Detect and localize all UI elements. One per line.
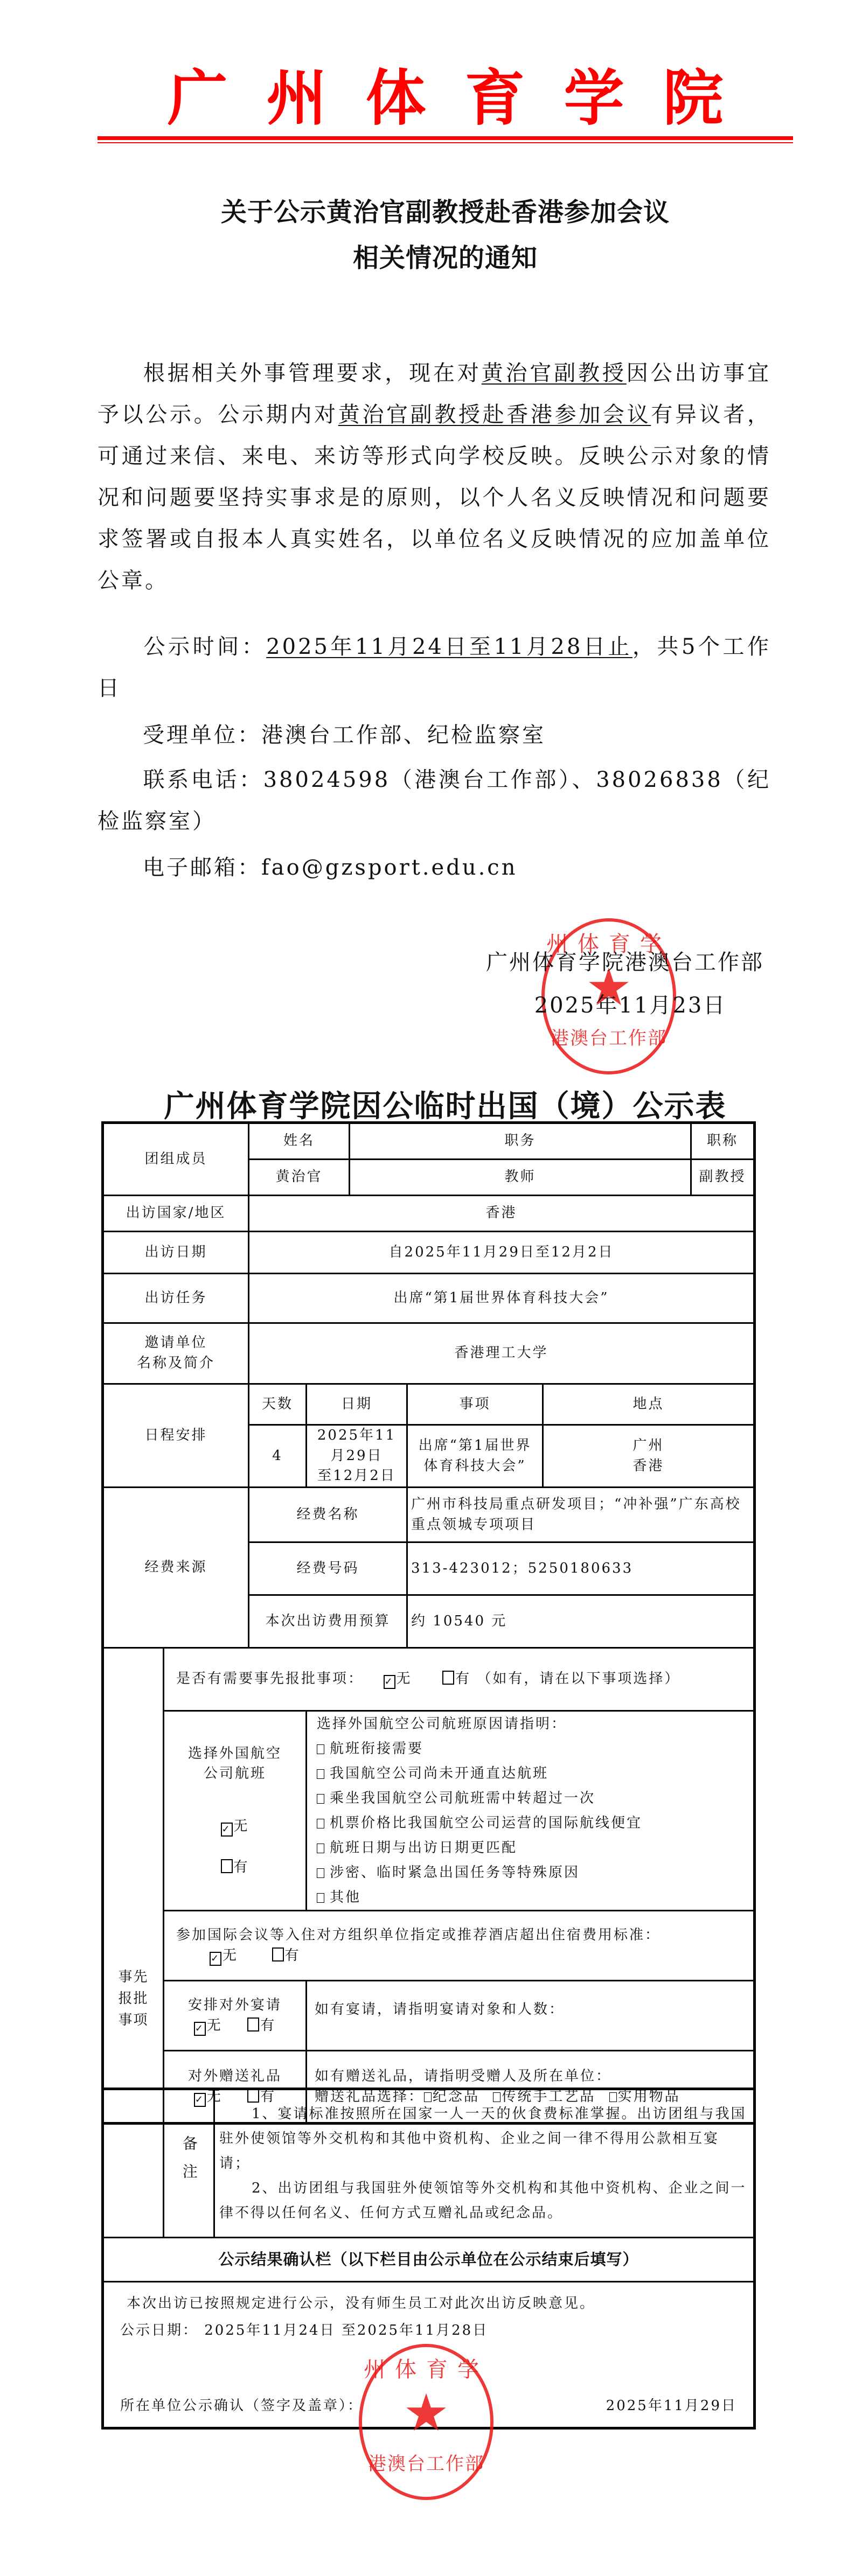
reason-label: 航班衔接需要 bbox=[330, 1741, 423, 1757]
checkbox-icon[interactable] bbox=[317, 1794, 324, 1804]
notice-email: 电子邮箱：fao@gzsport.edu.cn bbox=[98, 847, 771, 889]
prior-approval-no-checkbox[interactable]: ✓ bbox=[384, 1675, 395, 1689]
masthead-title: 广州体育学院 bbox=[98, 58, 793, 128]
unit-label: 受理单位： bbox=[143, 723, 261, 748]
banquet-prompt-cell[interactable]: 如有宴请，请指明宴请对象和人数： bbox=[307, 1981, 755, 2051]
hotel-yes-checkbox[interactable] bbox=[272, 1947, 284, 1961]
destination-value: 香港 bbox=[249, 1196, 755, 1232]
remarks-item-1: 1、宴请标准按照所在国家一人一天的伙食费标准掌握。出访团组与我国驻外使领馆等外交… bbox=[219, 2102, 749, 2176]
result-confirm-label: 所在单位公示确认（签字及盖章）： bbox=[120, 2392, 363, 2419]
prior-approval-question-row: 是否有需要事先报批事项： ✓无 有 （如有，请在以下事项选择） bbox=[164, 1648, 755, 1711]
prior-approval-question: 是否有需要事先报批事项： bbox=[176, 1671, 364, 1687]
email-label: 电子邮箱： bbox=[143, 855, 261, 880]
hotel-no-label: 无 bbox=[223, 1947, 238, 1964]
airline-reason-option[interactable]: 航班衔接需要 bbox=[317, 1736, 750, 1761]
funding-name-label: 经费名称 bbox=[249, 1488, 407, 1542]
checkbox-icon[interactable] bbox=[317, 1769, 324, 1779]
checkbox-icon[interactable] bbox=[317, 1893, 324, 1903]
reason-label: 我国航空公司尚未开通直达航班 bbox=[330, 1765, 548, 1782]
checkbox-icon[interactable] bbox=[317, 1868, 324, 1878]
hotel-no-checkbox[interactable]: ✓ bbox=[210, 1952, 221, 1966]
hotel-yes-label: 有 bbox=[285, 1947, 301, 1964]
schedule-header-date: 日期 bbox=[307, 1384, 407, 1425]
phone-label: 联系电话： bbox=[143, 767, 263, 792]
result-cell: 本次出访已按照规定进行公示，没有师生员工对此次出访反映意见。 公示日期： 202… bbox=[103, 2282, 755, 2428]
member-title: 副教授 bbox=[691, 1160, 755, 1196]
members-header-title: 职称 bbox=[691, 1123, 755, 1160]
schedule-header-days: 天数 bbox=[249, 1384, 307, 1425]
hotel-question: 参加国际会议等入住对方组织单位指定或推荐酒店超出住宿费用标准： bbox=[176, 1925, 750, 1946]
dates-label: 出访日期 bbox=[103, 1232, 249, 1274]
signature-org: 广州体育学院港澳台工作部 bbox=[474, 945, 776, 976]
airline-reasons-cell: 选择外国航空公司航班原因请指明： 航班衔接需要 我国航空公司尚未开通直达航班 乘… bbox=[307, 1711, 755, 1911]
airline-no-label: 无 bbox=[234, 1818, 249, 1834]
underlined-name: 黄治官副教授 bbox=[482, 361, 627, 386]
schedule-date: 2025年11月29日 至12月2日 bbox=[307, 1425, 407, 1488]
masthead-divider-thin bbox=[98, 142, 793, 143]
reason-label: 其他 bbox=[330, 1889, 361, 1905]
airline-reason-option[interactable]: 航班日期与出访日期更匹配 bbox=[317, 1835, 750, 1860]
seal-bottom-text: 港澳台工作部 bbox=[362, 2449, 490, 2475]
schedule-item-line1: 出席“第1届世界 bbox=[411, 1436, 539, 1456]
banquet-no-checkbox[interactable]: ✓ bbox=[194, 2022, 206, 2036]
form-title: 广州体育学院因公临时出国（境）公示表 bbox=[98, 1083, 793, 1126]
hotel-options: ✓无 有 bbox=[176, 1946, 750, 1966]
gifts-label: 对外赠送礼品 bbox=[168, 2067, 302, 2087]
schedule-item-line2: 体育科技大会” bbox=[411, 1456, 539, 1477]
schedule-item: 出席“第1届世界 体育科技大会” bbox=[407, 1425, 543, 1488]
result-statement: 本次出访已按照规定进行公示，没有师生员工对此次出访反映意见。 bbox=[120, 2290, 737, 2317]
notice-paragraph: 根据相关外事管理要求，现在对黄治官副教授因公出访事宜予以公示。公示期内对黄治官副… bbox=[98, 353, 771, 602]
result-confirm-row: 所在单位公示确认（签字及盖章）： 2025年11月29日 bbox=[120, 2392, 737, 2419]
airline-yes-label: 有 bbox=[234, 1859, 249, 1875]
remarks-label-cell: 备注 bbox=[164, 2089, 214, 2238]
period-value: 2025年11月24日至11月28日止 bbox=[266, 634, 632, 659]
masthead-divider-thick bbox=[98, 136, 793, 140]
schedule-days: 4 bbox=[249, 1425, 307, 1488]
reason-label: 航班日期与出访日期更匹配 bbox=[330, 1840, 517, 1856]
inviter-value: 香港理工大学 bbox=[249, 1323, 755, 1384]
banquet-label: 安排对外宴请 bbox=[168, 1995, 302, 2016]
prior-approval-label-text: 事先报批事项 bbox=[116, 1966, 151, 2031]
signature-date: 2025年11月23日 bbox=[517, 988, 743, 1019]
checkbox-icon[interactable] bbox=[317, 1844, 324, 1853]
funding-name-value: 广州市科技局重点研发项目；“冲补强”广东高校重点领城专项项目 bbox=[407, 1488, 755, 1542]
members-header-name: 姓名 bbox=[249, 1123, 350, 1160]
inviter-label-line1: 邀请单位 bbox=[107, 1333, 245, 1353]
schedule-label: 日程安排 bbox=[103, 1384, 249, 1488]
remarks-item-2: 2、出访团组与我国驻外使领馆等外交机构和其他中资机构、企业之间一律不得以任何名义… bbox=[219, 2176, 749, 2225]
schedule-date-line1: 2025年11月29日 bbox=[310, 1426, 403, 1466]
remarks-table: 备注 1、宴请标准按照所在国家一人一天的伙食费标准掌握。出访团组与我国驻外使领馆… bbox=[101, 2088, 756, 2430]
schedule-place-line2: 香港 bbox=[547, 1456, 750, 1477]
result-header: 公示结果确认栏（以下栏目由公示单位在公示结束后填写） bbox=[103, 2238, 755, 2282]
funding-budget-label: 本次出访费用预算 bbox=[249, 1595, 407, 1648]
member-post: 教师 bbox=[350, 1160, 691, 1196]
reason-label: 涉密、临时紧急出国任务等特殊原因 bbox=[330, 1865, 580, 1881]
remarks-content: 1、宴请标准按照所在国家一人一天的伙食费标准掌握。出访团组与我国驻外使领馆等外交… bbox=[214, 2089, 755, 2238]
members-header-post: 职务 bbox=[350, 1123, 691, 1160]
airline-yes-checkbox[interactable] bbox=[221, 1859, 233, 1873]
schedule-place: 广州 香港 bbox=[543, 1425, 755, 1488]
remarks-blank-cell bbox=[103, 2089, 164, 2238]
banquet-options: ✓无 有 bbox=[168, 2016, 302, 2036]
underlined-subject: 黄治官副教授赴香港参加会议 bbox=[338, 402, 651, 427]
airline-label-line2: 公司航班 bbox=[168, 1764, 302, 1784]
result-period: 公示日期： 2025年11月24日 至2025年11月28日 bbox=[120, 2317, 737, 2344]
funding-code-value: 313-423012；5250180633 bbox=[407, 1542, 755, 1595]
publicity-form-table: 团组成员 姓名 职务 职称 黄治官 教师 副教授 出访国家/地区 香港 出访日期… bbox=[101, 1121, 756, 2125]
notice-unit: 受理单位：港澳台工作部、纪检监察室 bbox=[98, 715, 771, 756]
remarks-label: 备注 bbox=[178, 2135, 200, 2191]
result-confirm-date: 2025年11月29日 bbox=[606, 2392, 737, 2419]
inviter-label-line2: 名称及简介 bbox=[107, 1353, 245, 1374]
prior-approval-label: 事先报批事项 bbox=[103, 1648, 164, 2124]
banquet-yes-checkbox[interactable] bbox=[247, 2017, 259, 2032]
checkbox-icon[interactable] bbox=[317, 1744, 324, 1754]
schedule-date-line2: 至12月2日 bbox=[310, 1466, 403, 1486]
prior-approval-yes-label: 有 bbox=[455, 1671, 471, 1687]
notice-period: 公示时间：2025年11月24日至11月28日止，共5个工作日 bbox=[98, 626, 771, 709]
airline-reason-option[interactable]: 我国航空公司尚未开通直达航班 bbox=[317, 1761, 750, 1786]
gifts-prompt: 如有赠送礼品，请指明受赠人及所在单位： bbox=[315, 2067, 750, 2087]
inviter-label: 邀请单位 名称及简介 bbox=[103, 1323, 249, 1384]
airline-label-line1: 选择外国航空 bbox=[168, 1744, 302, 1764]
prior-approval-yes-checkbox[interactable] bbox=[442, 1671, 454, 1685]
banquet-yes-label: 有 bbox=[260, 2017, 276, 2034]
airline-reason-option[interactable]: 机票价格比我国航空公司运营的国际航线便宜 bbox=[317, 1811, 750, 1835]
funding-budget-value: 约 10540 元 bbox=[407, 1595, 755, 1648]
airline-no-option: ✓无 bbox=[168, 1817, 302, 1837]
email-value[interactable]: fao@gzsport.edu.cn bbox=[261, 855, 517, 880]
prior-approval-note: （如有，请在以下事项选择） bbox=[477, 1671, 680, 1687]
hotel-cell: 参加国际会议等入住对方组织单位指定或推荐酒店超出住宿费用标准： ✓无 有 bbox=[164, 1911, 755, 1981]
seal-bottom-text: 港澳台工作部 bbox=[545, 1023, 673, 1050]
checkbox-icon[interactable] bbox=[317, 1819, 324, 1828]
notice-phone: 联系电话：38024598（港澳台工作部）、38026838（纪检监察室） bbox=[98, 759, 771, 842]
airline-yes-option: 有 bbox=[168, 1858, 302, 1878]
para-text: 有异议者，可通过来信、来电、来访等形式向学校反映。反映公示对象的情况和问题要坚持… bbox=[98, 402, 771, 593]
reason-label: 乘坐我国航空公司航班需中转超过一次 bbox=[330, 1790, 595, 1806]
notice-title-line2: 相关情况的通知 bbox=[98, 237, 793, 274]
airline-reason-option[interactable]: 其他 bbox=[317, 1885, 750, 1910]
destination-label: 出访国家/地区 bbox=[103, 1196, 249, 1232]
prior-approval-no-label: 无 bbox=[397, 1671, 412, 1687]
task-label: 出访任务 bbox=[103, 1274, 249, 1323]
dates-value: 自2025年11月29日至12月2日 bbox=[249, 1232, 755, 1274]
task-value: 出席“第1届世界体育科技大会” bbox=[249, 1274, 755, 1323]
schedule-header-place: 地点 bbox=[543, 1384, 755, 1425]
members-label: 团组成员 bbox=[103, 1123, 249, 1196]
funding-label: 经费来源 bbox=[103, 1488, 249, 1648]
banquet-label-cell: 安排对外宴请 ✓无 有 bbox=[164, 1981, 307, 2051]
funding-code-label: 经费号码 bbox=[249, 1542, 407, 1595]
schedule-place-line1: 广州 bbox=[547, 1436, 750, 1456]
period-label: 公示时间： bbox=[143, 634, 266, 659]
airline-reason-option[interactable]: 涉密、临时紧急出国任务等特殊原因 bbox=[317, 1860, 750, 1885]
unit-value: 港澳台工作部、纪检监察室 bbox=[261, 723, 546, 748]
airline-label-cell: 选择外国航空 公司航班 ✓无 有 bbox=[164, 1711, 307, 1911]
airline-no-checkbox[interactable]: ✓ bbox=[221, 1823, 233, 1837]
banquet-prompt: 如有宴请，请指明宴请对象和人数： bbox=[315, 2001, 565, 2017]
member-name: 黄治官 bbox=[249, 1160, 350, 1196]
notice-title-line1: 关于公示黄治官副教授赴香港参加会议 bbox=[98, 191, 793, 228]
schedule-header-item: 事项 bbox=[407, 1384, 543, 1425]
banquet-no-label: 无 bbox=[207, 2017, 223, 2034]
para-text: 根据相关外事管理要求，现在对 bbox=[143, 361, 482, 386]
airline-reason-option[interactable]: 乘坐我国航空公司航班需中转超过一次 bbox=[317, 1786, 750, 1811]
reason-label: 机票价格比我国航空公司运营的国际航线便宜 bbox=[330, 1815, 642, 1831]
airline-reason-title: 选择外国航空公司航班原因请指明： bbox=[317, 1712, 750, 1736]
